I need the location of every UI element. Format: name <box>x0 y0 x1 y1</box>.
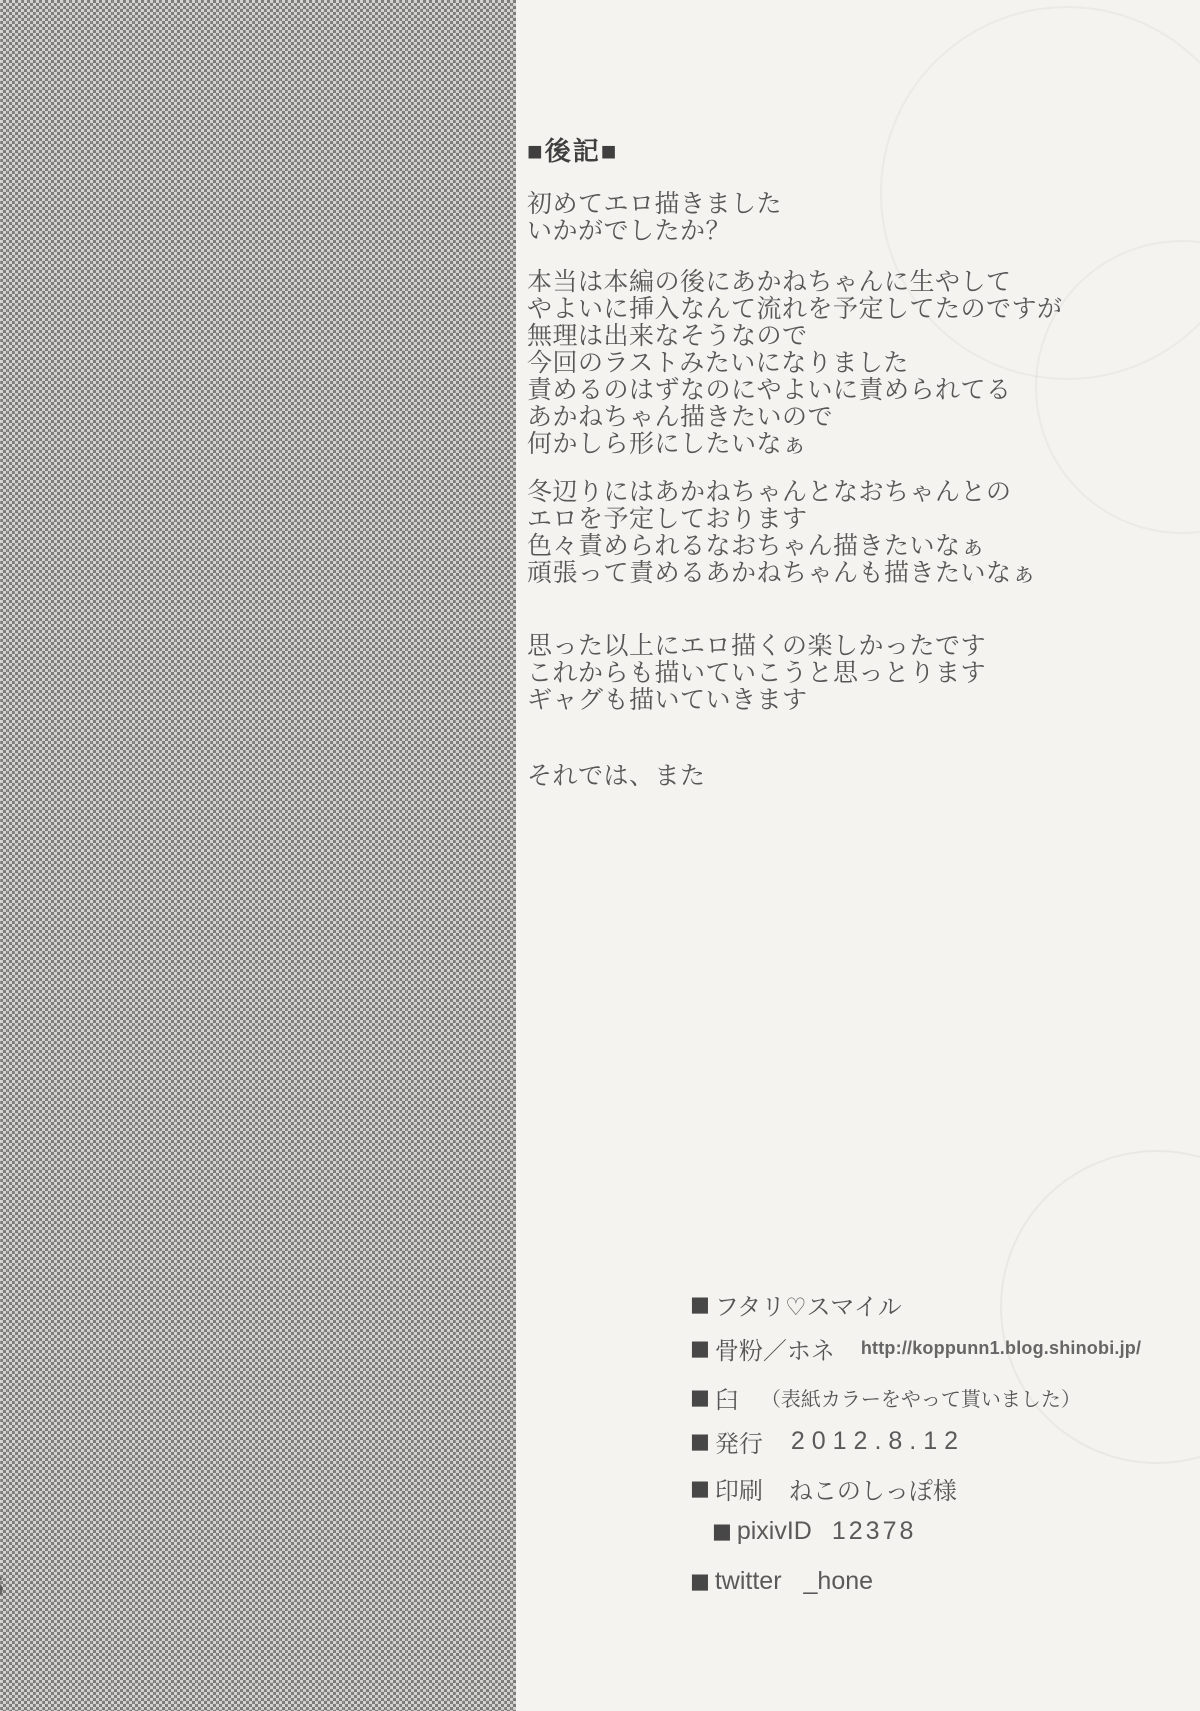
guest-name: 臼 <box>715 1380 739 1415</box>
bullet-square-icon: ■ <box>690 1571 710 1592</box>
doujin-title: フタリ♡スマイル <box>715 1287 902 1322</box>
bullet-square-icon: ■ <box>690 1294 710 1315</box>
credit-row-author: ■ 骨粉／ホネ http://koppunn1.blog.shinobi.jp/ <box>690 1331 1141 1366</box>
credit-row-twitter: ■ twitter _hone <box>690 1567 873 1596</box>
bullet-square-icon: ■ <box>690 1431 710 1452</box>
showthrough-artifact <box>1000 1150 1200 1464</box>
afterword-paragraph-3: 冬辺りにはあかねちゃんとなおちゃんとの エロを予定しております 色々責められるな… <box>527 479 1037 587</box>
author-blog-url: http://koppunn1.blog.shinobi.jp/ <box>861 1338 1141 1359</box>
afterword-title: ■後記■ <box>527 131 618 168</box>
afterword-paragraph-4: 思った以上にエロ描くの楽しかったです これからも描いていこうと思っとります ギャ… <box>527 633 986 714</box>
pixiv-label: pixivID <box>737 1517 812 1546</box>
twitter-label: twitter <box>715 1567 782 1596</box>
afterword-paragraph-1: 初めてエロ描きました いかがでしたか？ <box>527 191 782 245</box>
publish-label: 発行 <box>715 1424 763 1459</box>
credit-row-guest: ■ 臼 （表紙カラーをやって貰いました） <box>690 1380 1081 1415</box>
bullet-square-icon: ■ <box>690 1478 710 1499</box>
publish-date-value: 2012.8.12 <box>791 1427 965 1456</box>
afterword-paragraph-2: 本当は本編の後にあかねちゃんに生やして やよいに挿入なんて流れを予定してたのです… <box>527 269 1063 458</box>
credit-row-printer: ■ 印刷 ねこのしっぽ様 <box>690 1471 957 1506</box>
credit-row-title: ■ フタリ♡スマイル <box>690 1287 902 1322</box>
credit-row-pixiv-id: ■ pixivID 12378 <box>712 1517 916 1546</box>
printer-value: ねこのしっぽ様 <box>789 1471 957 1506</box>
guest-note: （表紙カラーをやって貰いました） <box>761 1383 1081 1412</box>
afterword-paragraph-5: それでは、また <box>527 763 706 790</box>
twitter-handle: _hone <box>804 1567 874 1596</box>
bullet-square-icon: ■ <box>690 1338 710 1359</box>
page-number-partial: 6 <box>0 1570 4 1604</box>
credit-row-publish-date: ■ 発行 2012.8.12 <box>690 1424 965 1459</box>
author-name: 骨粉／ホネ <box>715 1331 835 1366</box>
bullet-square-icon: ■ <box>690 1387 710 1408</box>
printer-label: 印刷 <box>715 1471 763 1506</box>
bullet-square-icon: ■ <box>712 1521 732 1542</box>
halftone-side-band <box>0 0 516 1711</box>
scanned-afterword-page: ■後記■ 初めてエロ描きました いかがでしたか？ 本当は本編の後にあかねちゃんに… <box>0 0 1200 1711</box>
pixiv-id-value: 12378 <box>832 1517 917 1546</box>
